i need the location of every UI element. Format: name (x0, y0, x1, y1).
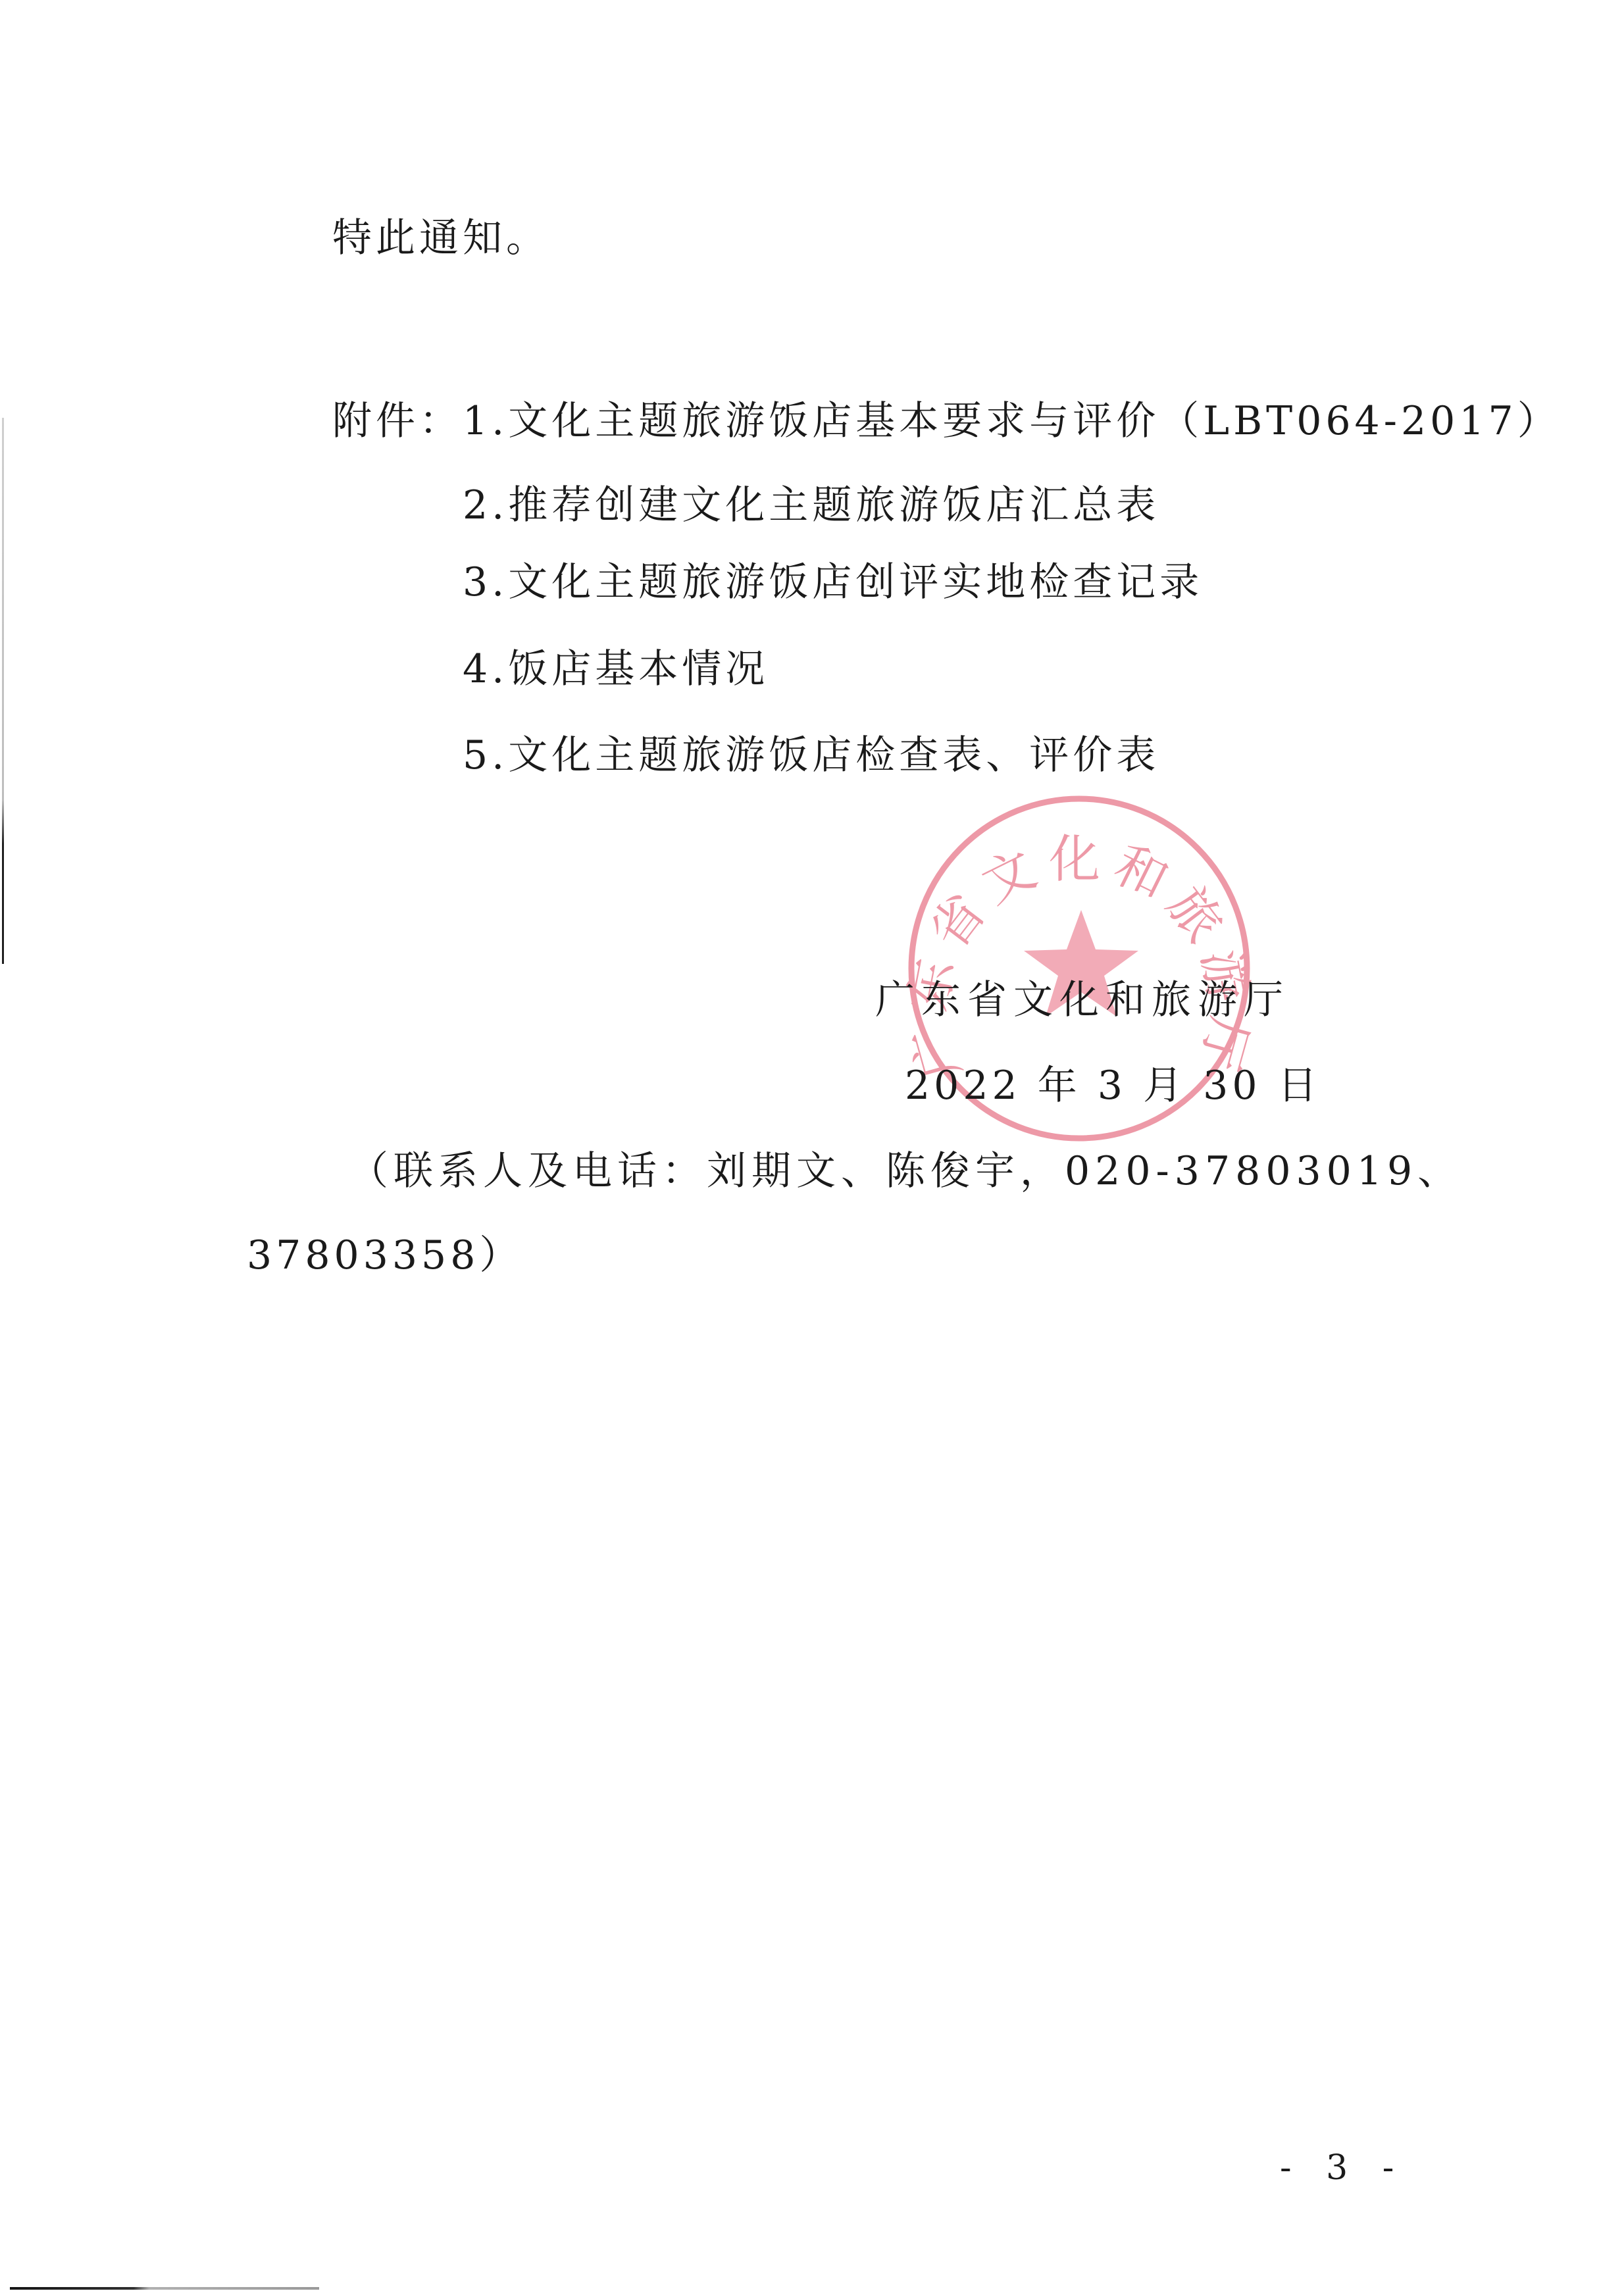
attachment-item-2: 2.推荐创建文化主题旅游饭店汇总表 (463, 479, 1159, 532)
contact-info-line-1: （联系人及电话：刘期文、陈俊宇，020-37803019、 (349, 1145, 1462, 1197)
closing-statement: 特此通知。 (332, 212, 549, 264)
contact-info-line-2: 37803358） (247, 1229, 522, 1282)
signature-organization: 广东省文化和旅游厅 (875, 974, 1290, 1026)
attachment-item-4: 4.饭店基本情况 (463, 643, 769, 695)
attachments-label: 附件： (332, 398, 463, 444)
attachment-item-1: 附件：1.文化主题旅游饭店基本要求与评价（LBT064-2017） (332, 395, 1561, 447)
page-number: - 3 - (1280, 2142, 1406, 2194)
attachment-item-5: 5.文化主题旅游饭店检查表、评价表 (463, 729, 1159, 782)
attachment-item-1-text: 1.文化主题旅游饭店基本要求与评价（LBT064-2017） (463, 398, 1561, 444)
attachment-item-3: 3.文化主题旅游饭店创评实地检查记录 (463, 556, 1203, 609)
signature-date: 2022 年 3 月 30 日 (905, 1059, 1321, 1112)
document-page: 特此通知。 附件：1.文化主题旅游饭店基本要求与评价（LBT064-2017） … (0, 0, 1624, 2291)
